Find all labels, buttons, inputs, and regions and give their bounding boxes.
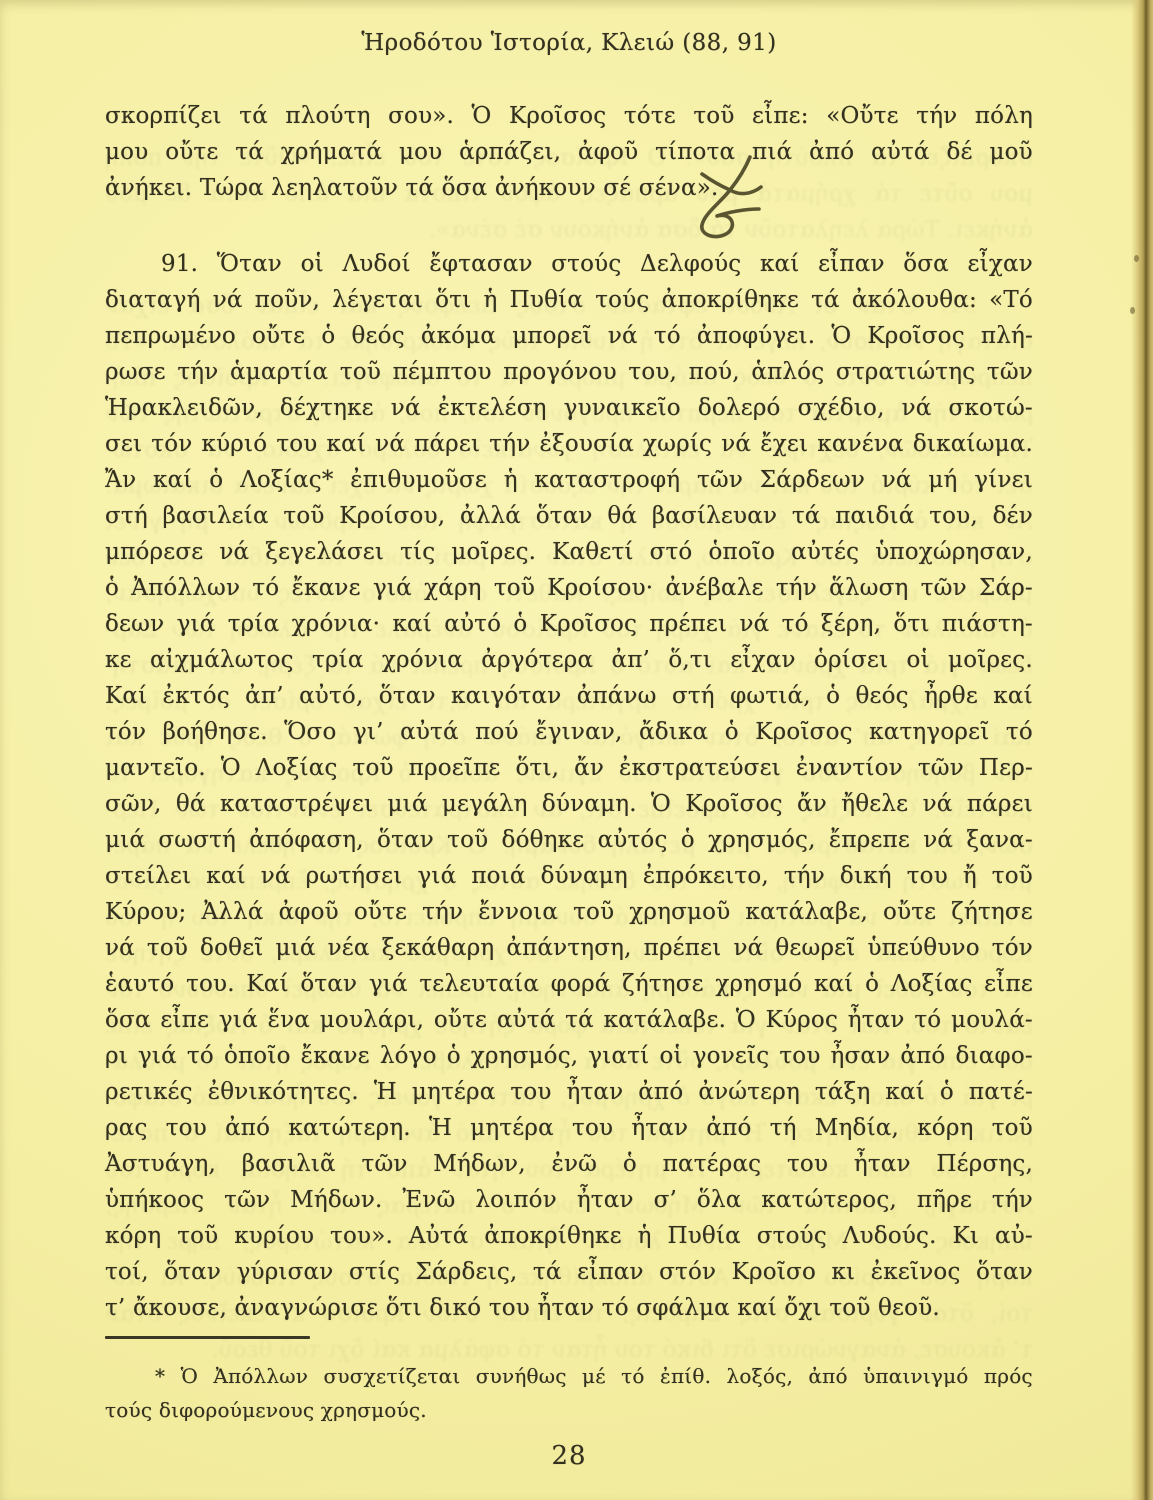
- paper-speck: [1134, 255, 1139, 262]
- page-edge-shadow: [1131, 0, 1153, 1500]
- text-line: ἀνήκει. Τώρα λεηλατοῦν τά ὅσα ἀνήκουν σέ…: [105, 170, 1033, 206]
- text-line: κόρητοῦκυρίουτου».ΑὐτάἀποκρίθηκεἡΠυθίαστ…: [105, 1218, 1033, 1254]
- text-line: ριγιάτόὁποῖοἔκανελόγοὁχρησμός,γιατίοἱγον…: [105, 1038, 1033, 1074]
- text-line: τ’ ἄκουσε, ἀναγνώρισε ὅτι δικό του ἦταν …: [105, 1290, 1033, 1326]
- text-line: Κύρου;Ἀλλάἀφοῦοὔτετήνἔννοιατοῦχρησμοῦκατ…: [105, 894, 1033, 930]
- text-line: ραςτουἀπόκατώτερη.ἩμητέρατουἦτανἀπότήΜηδ…: [105, 1110, 1033, 1146]
- text-line: σῶν,θάκαταστρέψειμιάμεγάληδύναμη.ὉΚροῖσο…: [105, 786, 1033, 822]
- page-number: 28: [105, 1441, 1033, 1471]
- text-line: πεπρωμένοοὔτεὁθεόςἀκόμαμπορεῖνάτόἀποφύγε…: [105, 318, 1033, 354]
- text-line: στήβασιλείατοῦΚροίσου,ἀλλάὅτανθάβασίλευα…: [105, 498, 1033, 534]
- text-line: μαντεῖο.ὉΛοξίαςτοῦπροεῖπεὅτι,ἄνἐκστρατεύ…: [105, 750, 1033, 786]
- text-line: ρωσετήνἁμαρτίατοῦπέμπτουπρογόνουτου,πού,…: [105, 354, 1033, 390]
- running-header: Ἡροδότου Ἱστορία, Κλειώ (88, 91): [105, 30, 1033, 56]
- text-line: τόνβοήθησε.Ὅσογι’αὐτάπούἔγιναν,ἄδικαὁΚρο…: [105, 714, 1033, 750]
- text-line: διαταγήνάποῦν,λέγεταιὅτιἡΠυθίατούςἀποκρί…: [105, 282, 1033, 318]
- text-line: Καίἐκτόςἀπ’αὐτό,ὅτανκαιγότανἀπάνωστήφωτι…: [105, 678, 1033, 714]
- paper-speck: [1130, 307, 1135, 314]
- paragraph: 91.ὍτανοἱΛυδοίἔφτασανστούςΔελφούςκαίεἶπα…: [105, 246, 1033, 1326]
- text-line: ὑπήκοοςτῶνΜήδων.Ἐνῶλοιπόνἦτανσ’ὅλακατώτε…: [105, 1182, 1033, 1218]
- footnote-separator: [105, 1336, 310, 1339]
- text-line: ὁἈπόλλωντόἔκανεγιάχάρητοῦΚροίσου·ἀνέβαλε…: [105, 570, 1033, 606]
- text-line: ἌνκαίὁΛοξίας*ἐπιθυμοῦσεἡκαταστροφήτῶνΣάρ…: [105, 462, 1033, 498]
- footnote: *ὉἈπόλλωνσυσχετίζεταισυνήθωςμέτόἐπίθ.λοξ…: [105, 1359, 1033, 1427]
- text-line: σκορπίζειτάπλούτησου».ὉΚροῖσοςτότετοῦεἶπ…: [105, 98, 1033, 134]
- text-line: ὅσαεἶπεγιάἕναμουλάρι,οὔτεαὐτάτάκατάλαβε.…: [105, 1002, 1033, 1038]
- text-line: τούς διφορούμενους χρησμούς.: [105, 1393, 1033, 1427]
- text-line: τοί,ὅτανγύρισανστίςΣάρδεις,τάεἶπανστόνΚρ…: [105, 1254, 1033, 1290]
- scanned-book-page: Ἡροδότου Ἱστορία, Κλειώ (88, 91) σκορπίζ…: [0, 0, 1153, 1500]
- text-line: κεαἰχμάλωτοςτρίαχρόνιαἀργότεραἀπ’ὅ,τιεἶχ…: [105, 642, 1033, 678]
- body-text: σκορπίζειτάπλούτησου».ὉΚροῖσοςτότετοῦεἶπ…: [105, 98, 1033, 1471]
- paragraph: σκορπίζειτάπλούτησου».ὉΚροῖσοςτότετοῦεἶπ…: [105, 98, 1033, 206]
- text-line: μουοὔτετάχρήματάμουἁρπάζει,ἀφοῦτίποταπιά…: [105, 134, 1033, 170]
- text-line: 91.ὍτανοἱΛυδοίἔφτασανστούςΔελφούςκαίεἶπα…: [105, 246, 1033, 282]
- text-line: δεωνγιάτρίαχρόνια·καίαὐτόὁΚροῖσοςπρέπειν…: [105, 606, 1033, 642]
- text-line: Ἀστυάγη,βασιλιᾶτῶνΜήδων,ἐνῶὁπατέραςτουἦτ…: [105, 1146, 1033, 1182]
- text-line: μιάσωστήἀπόφαση,ὅταντοῦδόθηκεαὐτόςὁχρησμ…: [105, 822, 1033, 858]
- text-line: Ἡρακλειδῶν,δέχτηκενάἐκτελέσηγυναικεῖοδολ…: [105, 390, 1033, 426]
- text-line: σειτόνκύριότουκαίνάπάρειτήνἐξουσίαχωρίςν…: [105, 426, 1033, 462]
- text-line: νάτοῦδοθεῖμιάνέαξεκάθαρηἀπάντηση,πρέπειν…: [105, 930, 1033, 966]
- text-line: ρετικέςἐθνικότητες.Ἡμητέρατουἦτανἀπόἀνώτ…: [105, 1074, 1033, 1110]
- text-line: ἑαυτότου.Καίὅτανγιάτελευταίαφοράζήτησεχρ…: [105, 966, 1033, 1002]
- text-line: στείλεικαίνάρωτήσειγιάποιάδύναμηἐπρόκειτ…: [105, 858, 1033, 894]
- text-line: μπόρεσενάξεγελάσειτίςμοῖρες.Καθετίστόὁπο…: [105, 534, 1033, 570]
- handwritten-ink-mark: [688, 152, 788, 247]
- text-line: *ὉἈπόλλωνσυσχετίζεταισυνήθωςμέτόἐπίθ.λοξ…: [105, 1359, 1033, 1393]
